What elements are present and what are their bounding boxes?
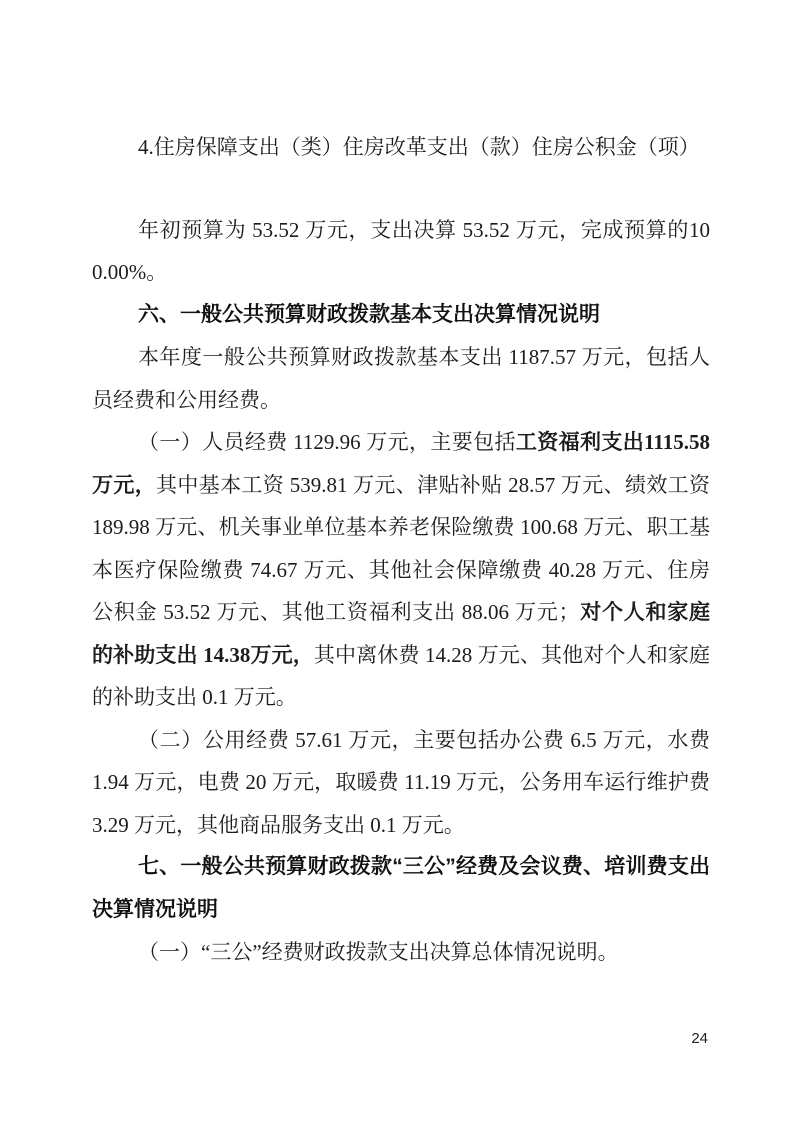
text-run: （二）公用经费 57.61 万元，主要包括办公费 6.5 万元，水费 1.94 … xyxy=(92,728,710,837)
housing-security-item-detail: 年初预算为 53.52 万元，支出决算 53.52 万元，完成预算的100.00… xyxy=(92,209,710,294)
text-run: （一）“三公”经费财政拨款支出决算总体情况说明。 xyxy=(138,940,619,964)
text-run: 本年度一般公共预算财政拨款基本支出 1187.57 万元，包括人员经费和公用经费… xyxy=(92,345,710,412)
section-7-heading: 七、一般公共预算财政拨款“三公”经费及会议费、培训费支出决算情况说明 xyxy=(92,846,710,931)
document-page: 4.住房保障支出（类）住房改革支出（款）住房公积金（项）年初预算为 53.52 … xyxy=(0,0,800,1132)
bold-text-run: 六、一般公共预算财政拨款基本支出决算情况说明 xyxy=(138,303,600,326)
bold-text-run: 七、一般公共预算财政拨款“三公”经费及会议费、培训费支出决算情况说明 xyxy=(92,855,710,921)
section-6-intro: 本年度一般公共预算财政拨款基本支出 1187.57 万元，包括人员经费和公用经费… xyxy=(92,336,710,421)
text-run: 年初预算为 53.52 万元，支出决算 53.52 万元，完成预算的100.00… xyxy=(92,218,710,285)
public-expense-paragraph: （二）公用经费 57.61 万元，主要包括办公费 6.5 万元，水费 1.94 … xyxy=(92,719,710,847)
text-run: （一）人员经费 1129.96 万元，主要包括 xyxy=(138,430,516,454)
page-number: 24 xyxy=(691,1030,708,1047)
section-6-heading: 六、一般公共预算财政拨款基本支出决算情况说明 xyxy=(92,294,710,337)
document-body: 4.住房保障支出（类）住房改革支出（款）住房公积金（项）年初预算为 53.52 … xyxy=(92,126,710,974)
three-public-overview-line: （一）“三公”经费财政拨款支出决算总体情况说明。 xyxy=(92,931,710,974)
personnel-expense-paragraph: （一）人员经费 1129.96 万元，主要包括工资福利支出1115.58万元，其… xyxy=(92,421,710,719)
housing-security-item-title: 4.住房保障支出（类）住房改革支出（款）住房公积金（项） xyxy=(92,126,710,169)
text-run: 4.住房保障支出（类）住房改革支出（款）住房公积金（项） xyxy=(138,135,700,159)
